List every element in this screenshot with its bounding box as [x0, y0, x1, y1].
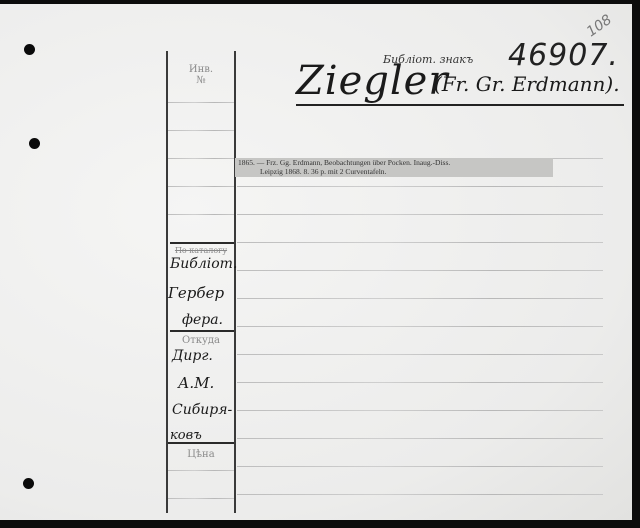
by-catalog-value-2: Гербер: [168, 284, 224, 302]
source-value-1: Дирг.: [172, 348, 213, 364]
rule: [168, 186, 234, 187]
source-label: Откуда: [168, 335, 234, 346]
rule: [237, 494, 603, 495]
by-catalog-label: По каталогу: [168, 246, 234, 255]
rule: [168, 102, 234, 103]
rule: [237, 382, 603, 383]
rule: [237, 186, 603, 187]
rule: [168, 214, 234, 215]
catalog-card: 108 Библіот. знакъ 46907. Ziegler (Fr. G…: [0, 4, 632, 520]
rule: [237, 438, 603, 439]
rule: [168, 498, 234, 499]
rule: [237, 242, 603, 243]
library-sign-number: 46907.: [508, 38, 619, 73]
by-catalog-value-3: фера.: [182, 312, 223, 328]
price-label: Цѣна: [168, 449, 234, 460]
rule: [168, 158, 234, 159]
rule: [237, 326, 603, 327]
punch-hole-top: [24, 44, 35, 55]
right-column-border: [234, 51, 236, 513]
section-divider: [170, 242, 234, 244]
section-divider: [170, 330, 234, 332]
source-value-4: ковъ: [170, 428, 202, 443]
by-catalog-value-1: Библіот.: [170, 256, 237, 272]
rule: [237, 270, 603, 271]
source-value-2: А.М.: [178, 374, 214, 392]
rule: [237, 466, 603, 467]
rule: [168, 130, 234, 131]
section-divider: [168, 442, 234, 444]
punch-hole-bottom: [23, 478, 34, 489]
rule: [237, 298, 603, 299]
inventory-label: Инв. №: [168, 64, 234, 86]
rule: [237, 354, 603, 355]
heading-underline: [296, 104, 624, 106]
page-number: 108: [584, 12, 615, 40]
rule: [237, 214, 603, 215]
heading-surname: Ziegler: [296, 58, 448, 104]
punch-hole-middle: [29, 138, 40, 149]
rule: [237, 410, 603, 411]
rule: [168, 470, 234, 471]
heading-forenames: (Fr. Gr. Erdmann).: [434, 72, 620, 96]
slip-line-2: Leipzig 1868. 8. 36 p. mit 2 Curventafel…: [238, 168, 550, 177]
source-value-3: Сибиря-: [172, 402, 232, 418]
printed-bibliographic-slip: 1865. — Frz. Gg. Erdmann, Beobachtungen …: [235, 158, 553, 177]
